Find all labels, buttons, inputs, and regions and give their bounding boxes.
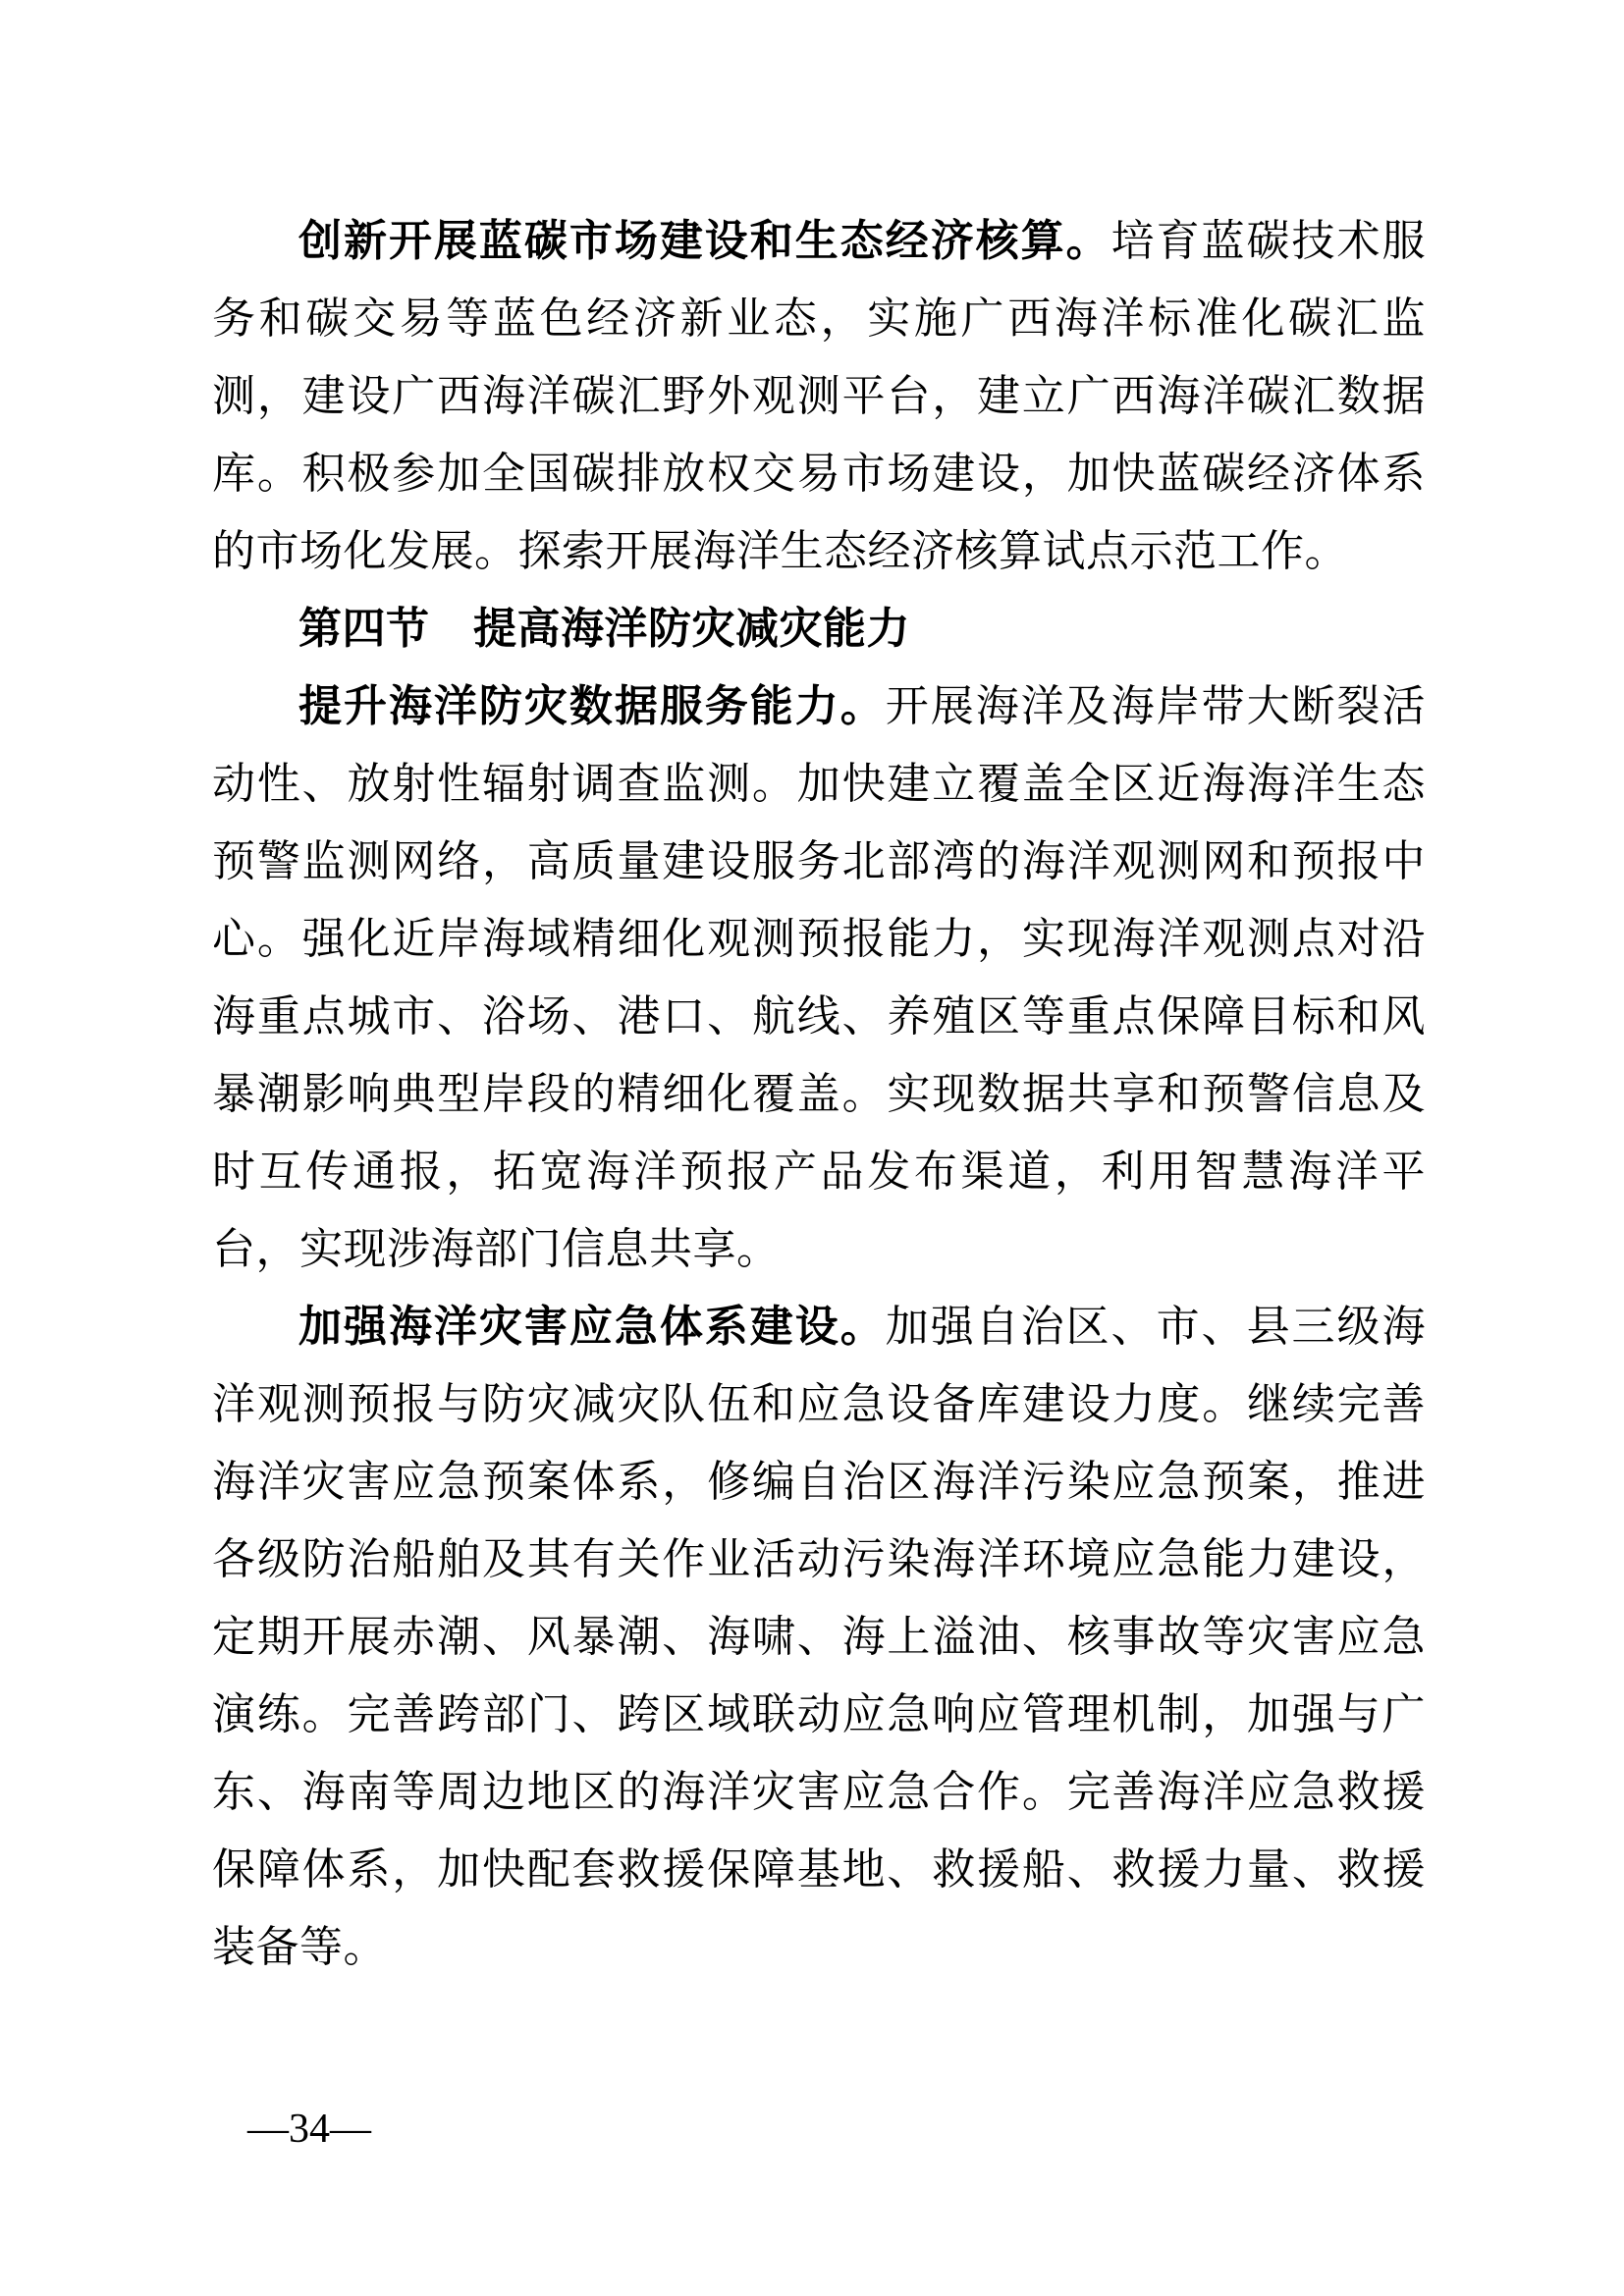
paragraph-disaster-data-service-lead: 提升海洋防灾数据服务能力。	[298, 682, 886, 730]
paragraph-emergency-system-body: 加强自治区、市、县三级海洋观测预报与防灾减灾队伍和应急设备库建设力度。继续完善海…	[212, 1303, 1426, 1971]
paragraph-emergency-system: 加强海洋灾害应急体系建设。加强自治区、市、县三级海洋观测预报与防灾减灾队伍和应急…	[212, 1288, 1426, 1986]
page-content: 创新开展蓝碳市场建设和生态经济核算。培育蓝碳技术服务和碳交易等蓝色经济新业态，实…	[212, 202, 1426, 1986]
paragraph-disaster-data-service: 提升海洋防灾数据服务能力。开展海洋及海岸带大断裂活动性、放射性辐射调查监测。加快…	[212, 667, 1426, 1288]
section-heading: 第四节 提高海洋防灾减灾能力	[212, 590, 1426, 667]
document-page: 创新开展蓝碳市场建设和生态经济核算。培育蓝碳技术服务和碳交易等蓝色经济新业态，实…	[0, 0, 1624, 2296]
paragraph-blue-carbon-lead: 创新开展蓝碳市场建设和生态经济核算。	[298, 217, 1111, 265]
paragraph-blue-carbon-body: 培育蓝碳技术服务和碳交易等蓝色经济新业态，实施广西海洋标准化碳汇监测，建设广西海…	[212, 217, 1426, 575]
paragraph-blue-carbon: 创新开展蓝碳市场建设和生态经济核算。培育蓝碳技术服务和碳交易等蓝色经济新业态，实…	[212, 202, 1426, 590]
paragraph-disaster-data-service-body: 开展海洋及海岸带大断裂活动性、放射性辐射调查监测。加快建立覆盖全区近海海洋生态预…	[212, 682, 1426, 1273]
page-number: —34—	[247, 2105, 371, 2154]
paragraph-emergency-system-lead: 加强海洋灾害应急体系建设。	[298, 1303, 886, 1351]
